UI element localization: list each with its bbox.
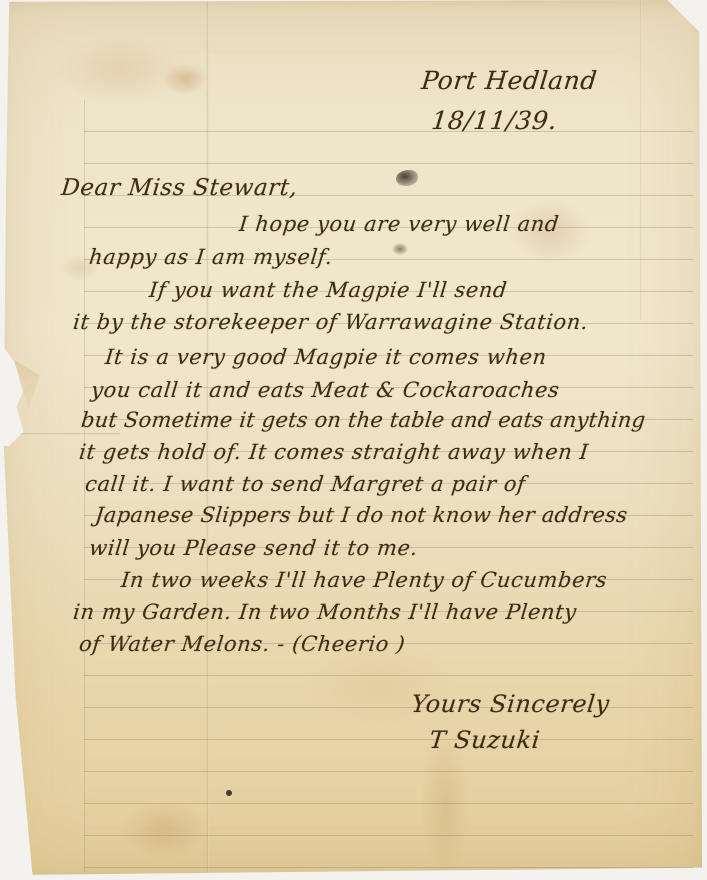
- ink-speck: [226, 790, 232, 796]
- letter-line: it by the storekeeper of Warrawagine Sta…: [72, 310, 589, 334]
- letter-line: If you want the Magpie I'll send: [148, 278, 508, 302]
- letter-line: of Water Melons. - (Cheerio ): [78, 632, 407, 656]
- letter-line: in my Garden. In two Months I'll have Pl…: [72, 600, 578, 624]
- letter-signature: T Suzuki: [428, 726, 542, 754]
- letter-closing: Yours Sincerely: [410, 690, 611, 718]
- foxing-stain: [120, 800, 210, 860]
- letter-line: In two weeks I'll have Plenty of Cucumbe…: [120, 568, 609, 592]
- letter-line: happy as I am myself.: [88, 245, 334, 269]
- letter-line: but Sometime it gets on the table and ea…: [80, 408, 647, 432]
- letter-line: I hope you are very well and: [238, 212, 560, 236]
- letter-line: call it. I want to send Margret a pair o…: [84, 472, 527, 496]
- letter-date: 18/11/39.: [430, 106, 559, 135]
- letter-line: you call it and eats Meat & Cockaroaches: [90, 378, 561, 402]
- letter-paper: Port Hedland 18/11/39. Dear Miss Stewart…: [0, 0, 707, 880]
- letter-line: Japanese Slippers but I do not know her …: [94, 503, 629, 527]
- letter-line: it gets hold of. It comes straight away …: [78, 440, 590, 464]
- letter-place: Port Hedland: [420, 66, 599, 95]
- foxing-stain: [55, 35, 185, 105]
- letter-line: It is a very good Magpie it comes when: [104, 345, 548, 369]
- fold-crease-vertical-right: [640, 0, 642, 320]
- ink-blot: [396, 170, 418, 186]
- ink-blot: [392, 243, 408, 255]
- foxing-stain: [162, 62, 208, 96]
- scanned-letter: Port Hedland 18/11/39. Dear Miss Stewart…: [0, 0, 707, 880]
- letter-line: will you Please send it to me.: [88, 536, 419, 560]
- letter-salutation: Dear Miss Stewart,: [60, 175, 299, 201]
